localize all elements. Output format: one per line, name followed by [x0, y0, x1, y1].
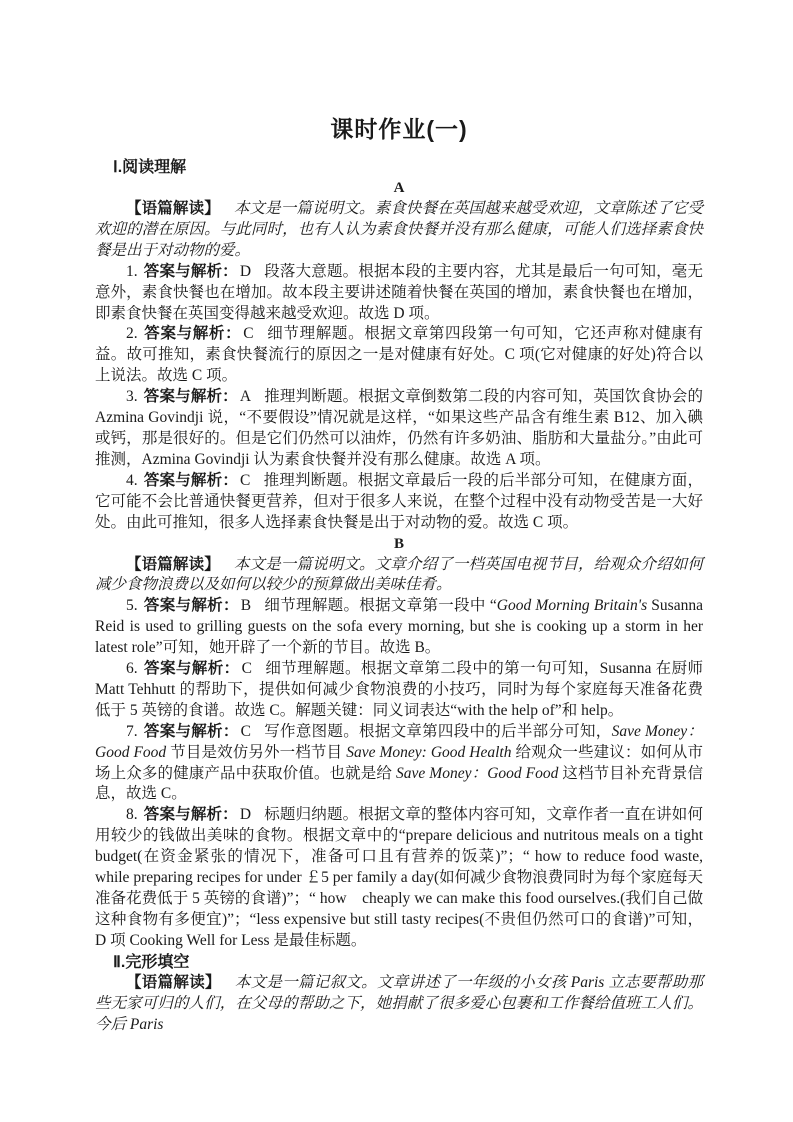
text-run: ”可知，她开辟了一个新的节目。故选 B。	[156, 639, 441, 656]
answer-label: 答案与解析：	[144, 472, 238, 489]
text-run: 节目是效仿另外一档节目	[166, 744, 346, 761]
text-run: Save Money：Good Food	[396, 765, 558, 782]
answer-item: 3.答案与解析：A推理判断题。根据文章倒数第二段的内容可知，英国饮食协会的 Az…	[95, 387, 703, 471]
answer-label: 答案与解析：	[144, 597, 239, 614]
answer-number: 8.	[126, 806, 138, 823]
answer-number: 3.	[126, 388, 138, 405]
answer-letter: C	[243, 325, 253, 342]
passage-label: B	[95, 534, 703, 555]
answer-item: 5.答案与解析：B细节理解题。根据文章第一段中 “Good Morning Br…	[95, 596, 703, 659]
analysis-label: 【语篇解读】	[126, 556, 220, 573]
answer-item: 1.答案与解析：D段落大意题。根据本段的主要内容，尤其是最后一句可知，毫无意外，…	[95, 262, 703, 325]
answer-item: 4.答案与解析：C推理判断题。根据文章最后一段的后半部分可知，在健康方面，它可能…	[95, 471, 703, 534]
answer-number: 2.	[126, 325, 138, 342]
answer-letter: D	[240, 806, 251, 823]
answer-letter: D	[240, 263, 251, 280]
answer-letter: C	[241, 723, 251, 740]
text-run: 写作意图题。根据文章第四段中的后半部分可知，	[264, 723, 612, 740]
section-heading: Ⅰ.阅读理解	[95, 157, 703, 178]
text-run: 标题归纳题。根据文章的整体内容可知，文章作者一直在讲如何用较少的钱做出美味的食物…	[95, 806, 703, 948]
passage-analysis: 【语篇解读】本文是一篇记叙文。文章讲述了一年级的小女孩 Paris 立志要帮助那…	[95, 973, 703, 1036]
answer-label: 答案与解析：	[144, 806, 238, 823]
passage-label: A	[95, 178, 703, 199]
answer-number: 4.	[126, 472, 138, 489]
section-heading: Ⅱ.完形填空	[95, 952, 703, 973]
answer-number: 7.	[126, 723, 138, 740]
answer-number: 1.	[126, 263, 138, 280]
document-page: 课时作业(一) Ⅰ.阅读理解A【语篇解读】本文是一篇说明文。素食快餐在英国越来越…	[0, 0, 793, 1122]
text-run: 细节理解题。根据文章第一段中 “	[264, 597, 497, 614]
analysis-label: 【语篇解读】	[126, 200, 220, 217]
answer-letter: C	[240, 472, 250, 489]
answer-item: 2.答案与解析：C细节理解题。根据文章第四段第一句可知，它还声称对健康有益。故可…	[95, 324, 703, 387]
answer-item: 8.答案与解析：D标题归纳题。根据文章的整体内容可知，文章作者一直在讲如何用较少…	[95, 805, 703, 951]
answer-label: 答案与解析：	[144, 660, 240, 677]
document-content: 课时作业(一) Ⅰ.阅读理解A【语篇解读】本文是一篇说明文。素食快餐在英国越来越…	[95, 112, 703, 1035]
answer-letter: A	[240, 388, 251, 405]
page-title: 课时作业(一)	[95, 112, 703, 146]
answer-item: 7.答案与解析：C写作意图题。根据文章第四段中的后半部分可知，Save Mone…	[95, 722, 703, 806]
answer-label: 答案与解析：	[144, 388, 238, 405]
answer-label: 答案与解析：	[144, 723, 239, 740]
passage-analysis: 【语篇解读】本文是一篇说明文。文章介绍了一档英国电视节目，给观众介绍如何减少食物…	[95, 555, 703, 597]
answer-label: 答案与解析：	[144, 325, 242, 342]
answer-letter: B	[241, 597, 251, 614]
passage-analysis: 【语篇解读】本文是一篇说明文。素食快餐在英国越来越受欢迎，文章陈述了它受欢迎的潜…	[95, 199, 703, 262]
answer-label: 答案与解析：	[144, 263, 238, 280]
answer-item: 6.答案与解析：C细节理解题。根据文章第二段中的第一句可知，Susanna 在厨…	[95, 659, 703, 722]
analysis-label: 【语篇解读】	[126, 974, 221, 991]
answer-number: 5.	[126, 597, 138, 614]
text-run: Save Money: Good Health	[346, 744, 511, 761]
answer-number: 6.	[126, 660, 138, 677]
text-run: Good Morning Britain's	[497, 597, 647, 614]
document-blocks: Ⅰ.阅读理解A【语篇解读】本文是一篇说明文。素食快餐在英国越来越受欢迎，文章陈述…	[95, 157, 703, 1035]
answer-letter: C	[242, 660, 252, 677]
